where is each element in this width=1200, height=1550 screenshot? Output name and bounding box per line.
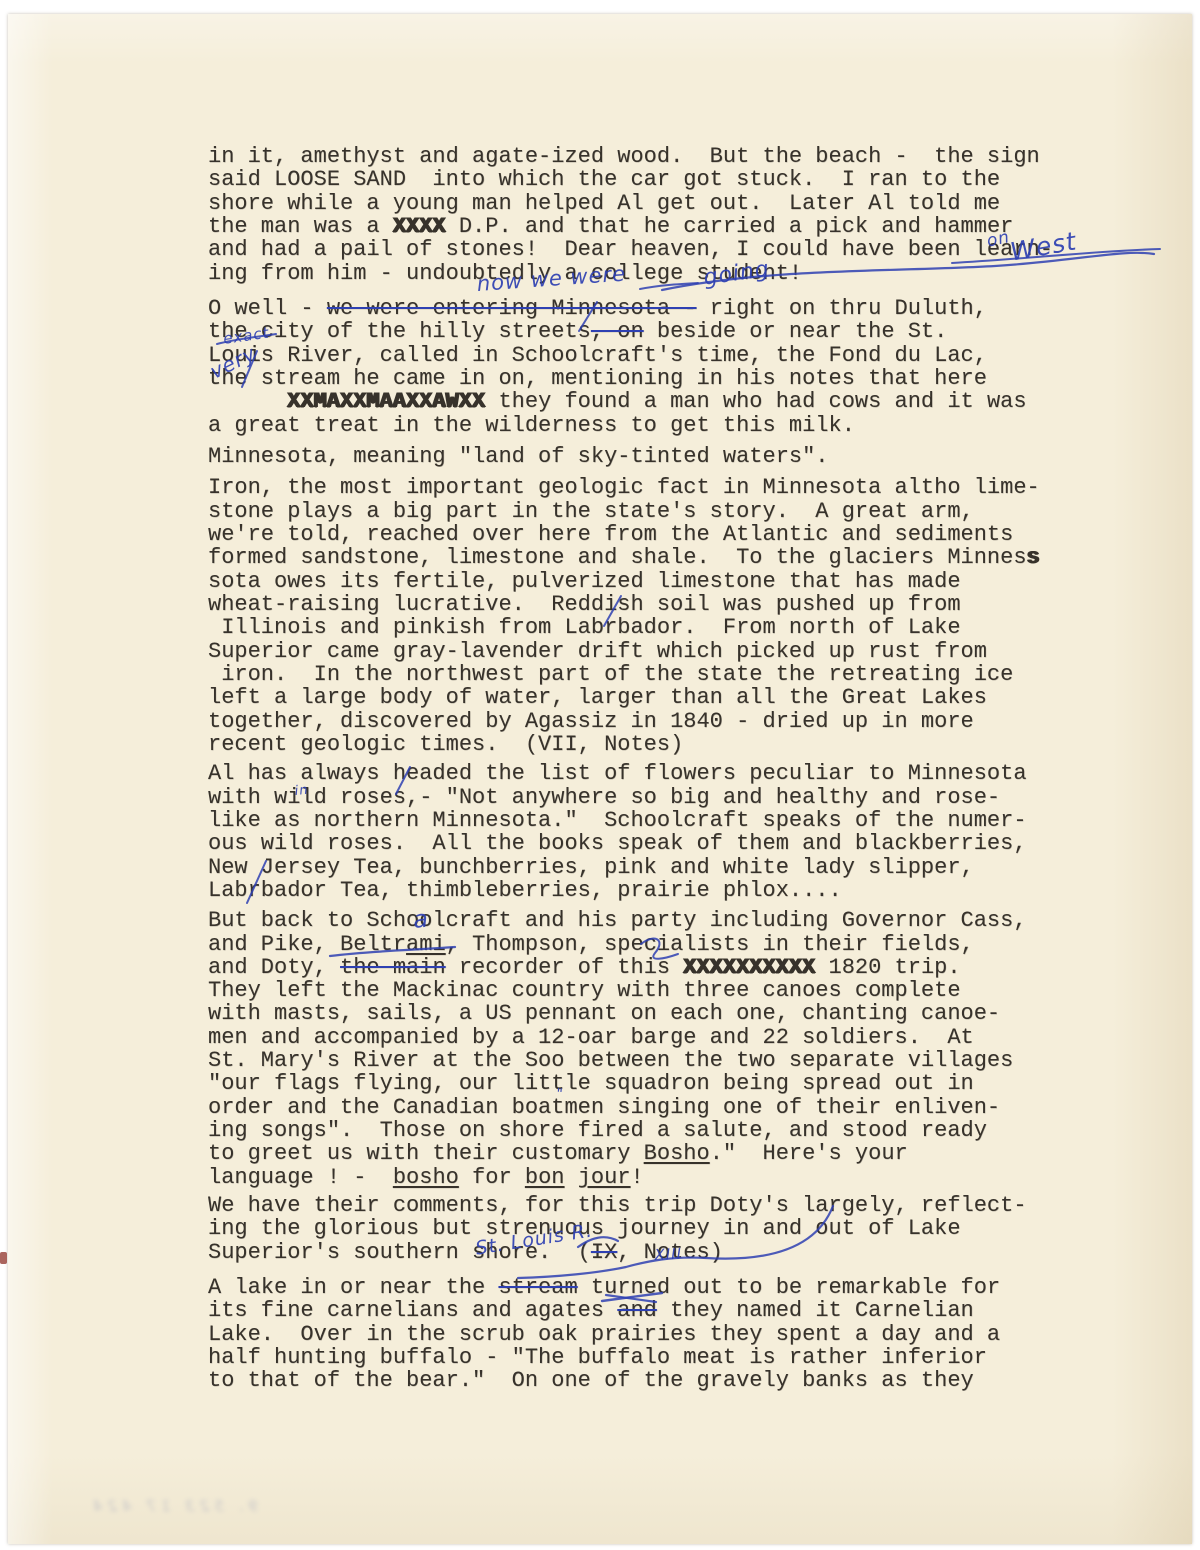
typed-text: turned out to be remarkable for xyxy=(578,1275,1000,1300)
underlined-text: ami xyxy=(406,932,446,957)
typed-line: New Jersey Tea, bunchberries, pink and w… xyxy=(208,856,1088,879)
typed-text: with masts, sails, a US pennant on each … xyxy=(208,1001,1000,1026)
typed-paragraph-1: in it, amethyst and agate-ized wood. But… xyxy=(208,145,1088,285)
typed-text: But back to Schoolcraft and his party in… xyxy=(208,908,1027,933)
typed-text: ." Here's your xyxy=(710,1141,908,1166)
typed-line: ing the glorious but strenuous journey i… xyxy=(208,1217,1088,1240)
typed-text: they found a man who had cows and it was xyxy=(485,389,1026,414)
blue-struck-text: and xyxy=(617,1298,657,1323)
typed-text-block: in it, amethyst and agate-ized wood. But… xyxy=(208,145,1088,1393)
typed-text xyxy=(208,389,287,414)
typed-text: for xyxy=(459,1165,525,1190)
typed-line: to greet us with their customary Bosho."… xyxy=(208,1142,1088,1165)
typed-line: Superior came gray-lavender drift which … xyxy=(208,640,1088,663)
typed-text: they named it Carnelian xyxy=(657,1298,974,1323)
typed-text: Superior's southern shore. ( xyxy=(208,1240,591,1265)
typed-line: its fine carnelians and agates and they … xyxy=(208,1299,1088,1322)
typed-text: formed sandstone, limestone and shale. T… xyxy=(208,545,1027,570)
blue-struck-text: stream xyxy=(498,1275,577,1300)
typed-text: right on thru Duluth, xyxy=(697,296,987,321)
typed-text: recent geologic times. (VII, Notes) xyxy=(208,732,683,757)
typed-text: They left the Mackinac country with thre… xyxy=(208,978,961,1003)
typed-line: said LOOSE SAND into which the car got s… xyxy=(208,168,1088,191)
typed-text: ous wild roses. All the books speak of t… xyxy=(208,831,1027,856)
typed-line: stone plays a big part in the state's st… xyxy=(208,500,1088,523)
typed-line: Lake. Over in the scrub oak prairies the… xyxy=(208,1323,1088,1346)
typed-line: a great treat in the wilderness to get t… xyxy=(208,414,1088,437)
typed-line: But back to Schoolcraft and his party in… xyxy=(208,909,1088,932)
typed-line: ous wild roses. All the books speak of t… xyxy=(208,832,1088,855)
typed-line: language ! - bosho for bon jour! xyxy=(208,1166,1088,1189)
typed-text: Lake. Over in the scrub oak prairies the… xyxy=(208,1322,1000,1347)
typed-line: St. Mary's River at the Soo between the … xyxy=(208,1049,1088,1072)
typed-paragraph-5: Al has always headed the list of flowers… xyxy=(208,762,1088,902)
typed-text: ing from him - undoubtedly a college stu… xyxy=(208,261,802,286)
paper-sheet: in it, amethyst and agate-ized wood. But… xyxy=(8,14,1192,1544)
typed-text: ! xyxy=(631,1165,644,1190)
typed-line: in it, amethyst and agate-ized wood. But… xyxy=(208,145,1088,168)
typed-line: the man was a XXXX D.P. and that he carr… xyxy=(208,215,1088,238)
typed-text: New Jersey Tea, bunchberries, pink and w… xyxy=(208,855,974,880)
typed-text: to greet us with their customary xyxy=(208,1141,644,1166)
typed-line: ing songs". Those on shore fired a salut… xyxy=(208,1119,1088,1142)
typed-line: Superior's southern shore. (IX, Notes) xyxy=(208,1241,1088,1264)
typed-text: stone plays a big part in the state's st… xyxy=(208,499,974,524)
typed-text: "our flags flying, our little squadron b… xyxy=(208,1071,974,1096)
typed-line: "our flags flying, our little squadron b… xyxy=(208,1072,1088,1095)
typed-text: A lake in or near the xyxy=(208,1275,498,1300)
typed-line: to that of the bear." On one of the grav… xyxy=(208,1369,1088,1392)
typed-line: like as northern Minnesota." Schoolcraft… xyxy=(208,809,1088,832)
typed-text: in it, amethyst and agate-ized wood. But… xyxy=(208,144,1040,169)
typed-text: wheat-raising lucrative. Reddish soil wa… xyxy=(208,592,961,617)
typed-line: and Doty, the main recorder of this XXXX… xyxy=(208,956,1088,979)
typed-line: together, discovered by Agassiz in 1840 … xyxy=(208,710,1088,733)
blue-struck-text: the main xyxy=(340,955,446,980)
typed-line: and had a pail of stones! Dear heaven, I… xyxy=(208,238,1088,261)
typed-text: ing the glorious but strenuous journey i… xyxy=(208,1216,961,1241)
typed-paragraph-8: A lake in or near the stream turned out … xyxy=(208,1276,1088,1393)
typed-text: together, discovered by Agassiz in 1840 … xyxy=(208,709,974,734)
typed-text: recorder of this xyxy=(446,955,684,980)
typed-paragraph-4: Iron, the most important geologic fact i… xyxy=(208,476,1088,756)
red-edge-mark xyxy=(0,1252,7,1264)
bleed-through-smudge: 9. 523 17 424 xyxy=(88,1497,258,1515)
blue-struck-text: , on xyxy=(591,319,644,344)
typed-text: Illinois and pinkish from Labrbador. Fro… xyxy=(208,615,961,640)
typed-text: and Pike, Beltr xyxy=(208,932,406,957)
typed-text: men and accompanied by a 12-oar barge an… xyxy=(208,1025,974,1050)
typed-line: XXMAXXMAAXXAWXX they found a man who had… xyxy=(208,390,1088,413)
typed-text: and Doty, xyxy=(208,955,340,980)
typed-line: order and the Canadian boatmen singing o… xyxy=(208,1096,1088,1119)
typed-line: Labrbador Tea, thimbleberries, prairie p… xyxy=(208,879,1088,902)
typed-paragraph-6: But back to Schoolcraft and his party in… xyxy=(208,909,1088,1189)
underlined-text: bosho xyxy=(393,1165,459,1190)
typed-text: beside or near the St. xyxy=(644,319,948,344)
typed-text: half hunting buffalo - "The buffalo meat… xyxy=(208,1345,987,1370)
typed-line: left a large body of water, larger than … xyxy=(208,686,1088,709)
typed-line: Illinois and pinkish from Labrbador. Fro… xyxy=(208,616,1088,639)
blue-struck-text: IX xyxy=(591,1240,617,1265)
typed-text: Al has always headed the list of flowers… xyxy=(208,761,1027,786)
typed-text: Louis River, called in Schoolcraft's tim… xyxy=(208,343,987,368)
typed-line: Minnesota, meaning "land of sky-tinted w… xyxy=(208,445,1088,468)
typed-line: shore while a young man helped Al get ou… xyxy=(208,192,1088,215)
typed-text: sota owes its fertile, pulverized limest… xyxy=(208,569,961,594)
typed-line: O well - we were entering Minnesota - ri… xyxy=(208,297,1088,320)
typed-text: we're told, reached over here from the A… xyxy=(208,522,1013,547)
typed-text: said LOOSE SAND into which the car got s… xyxy=(208,167,1000,192)
typed-text: shore while a young man helped Al get ou… xyxy=(208,191,1000,216)
typed-text: Labrbador Tea, thimbleberries, prairie p… xyxy=(208,878,842,903)
typed-line: We have their comments, for this trip Do… xyxy=(208,1194,1088,1217)
typed-paragraph-7: We have their comments, for this trip Do… xyxy=(208,1194,1088,1264)
typed-text: left a large body of water, larger than … xyxy=(208,685,987,710)
blue-struck-text: we were entering Minnesota - xyxy=(327,296,697,321)
typed-line: iron. In the northwest part of the state… xyxy=(208,663,1088,686)
typed-paragraph-3: Minnesota, meaning "land of sky-tinted w… xyxy=(208,445,1088,468)
overtyped-text: XXMAXXMAAXXAWXX xyxy=(287,389,485,414)
typed-text: iron. In the northwest part of the state… xyxy=(208,662,1013,687)
typed-text: the stream he came in on, mentioning in … xyxy=(208,366,987,391)
typed-line: half hunting buffalo - "The buffalo meat… xyxy=(208,1346,1088,1369)
overtyped-text: s xyxy=(1027,545,1040,570)
overtyped-text: XXXX xyxy=(393,214,446,239)
typed-text: , Thompson, specialists in their fields, xyxy=(446,932,974,957)
typed-text: ing songs". Those on shore fired a salut… xyxy=(208,1118,987,1143)
typed-line: ing from him - undoubtedly a college stu… xyxy=(208,262,1088,285)
typed-text: a great treat in the wilderness to get t… xyxy=(208,413,855,438)
typed-line: Iron, the most important geologic fact i… xyxy=(208,476,1088,499)
typed-text: D.P. and that he carried a pick and hamm… xyxy=(446,214,1014,239)
typed-line: men and accompanied by a 12-oar barge an… xyxy=(208,1026,1088,1049)
scanned-typescript-page: in it, amethyst and agate-ized wood. But… xyxy=(0,0,1200,1550)
typed-text: the man was a xyxy=(208,214,393,239)
typed-text xyxy=(564,1165,577,1190)
typed-text: to that of the bear." On one of the grav… xyxy=(208,1368,974,1393)
typed-text: order and the Canadian boatmen singing o… xyxy=(208,1095,1000,1120)
typed-line: Al has always headed the list of flowers… xyxy=(208,762,1088,785)
typed-text: Minnesota, meaning "land of sky-tinted w… xyxy=(208,444,829,469)
typed-line: They left the Mackinac country with thre… xyxy=(208,979,1088,1002)
typed-line: the city of the hilly streets, on beside… xyxy=(208,320,1088,343)
typed-line: formed sandstone, limestone and shale. T… xyxy=(208,546,1088,569)
typed-line: and Pike, Beltrami, Thompson, specialist… xyxy=(208,933,1088,956)
typed-text: O well - xyxy=(208,296,327,321)
typed-line: with masts, sails, a US pennant on each … xyxy=(208,1002,1088,1025)
typed-line: A lake in or near the stream turned out … xyxy=(208,1276,1088,1299)
overtyped-text: XXXXXXXXXX xyxy=(683,955,815,980)
underlined-text: bon xyxy=(525,1165,565,1190)
typed-text: and had a pail of stones! Dear heaven, I… xyxy=(208,237,1053,262)
underlined-text: jour xyxy=(578,1165,631,1190)
underlined-text: Bosho xyxy=(644,1141,710,1166)
typed-line: Louis River, called in Schoolcraft's tim… xyxy=(208,344,1088,367)
typed-text: with wild roses,- "Not anywhere so big a… xyxy=(208,785,1000,810)
typed-line: wheat-raising lucrative. Reddish soil wa… xyxy=(208,593,1088,616)
typed-line: we're told, reached over here from the A… xyxy=(208,523,1088,546)
typed-text: the city of the hilly streets xyxy=(208,319,591,344)
typed-text: , Notes) xyxy=(617,1240,723,1265)
typed-text: Superior came gray-lavender drift which … xyxy=(208,639,987,664)
typed-paragraph-2: O well - we were entering Minnesota - ri… xyxy=(208,297,1088,437)
typed-text: St. Mary's River at the Soo between the … xyxy=(208,1048,1013,1073)
typed-text: We have their comments, for this trip Do… xyxy=(208,1193,1027,1218)
typed-text: its fine carnelians and agates xyxy=(208,1298,617,1323)
typed-line: with wild roses,- "Not anywhere so big a… xyxy=(208,786,1088,809)
typed-line: sota owes its fertile, pulverized limest… xyxy=(208,570,1088,593)
typed-text: language ! - xyxy=(208,1165,393,1190)
typed-text: Iron, the most important geologic fact i… xyxy=(208,475,1040,500)
typed-text: 1820 trip. xyxy=(815,955,960,980)
typed-text: like as northern Minnesota." Schoolcraft… xyxy=(208,808,1027,833)
typed-line: recent geologic times. (VII, Notes) xyxy=(208,733,1088,756)
typed-line: the stream he came in on, mentioning in … xyxy=(208,367,1088,390)
